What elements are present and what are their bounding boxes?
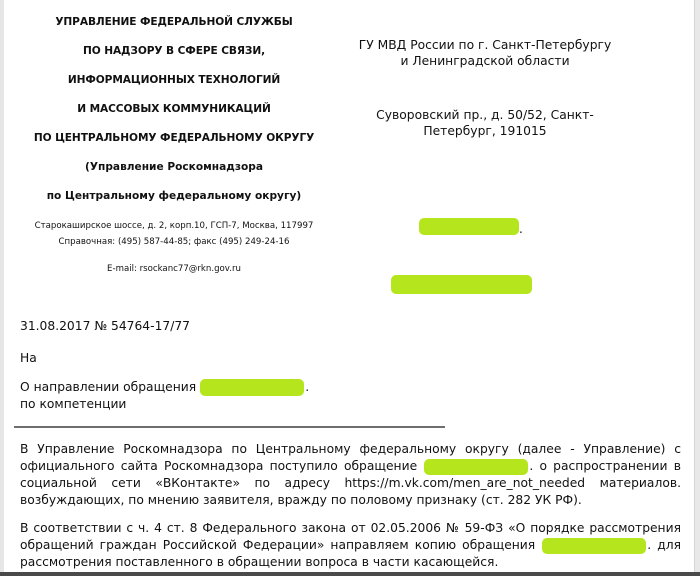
body-paragraph: В Управление Роскомнадзора по Центрально… xyxy=(20,441,681,509)
recipient-address-line: Петербург, 191015 xyxy=(330,123,640,139)
subject-line-2: по компетенции xyxy=(20,396,309,412)
redaction-mark xyxy=(542,538,646,554)
separator-line xyxy=(14,426,445,428)
sender-org-line: ИНФОРМАЦИОННЫХ ТЕХНОЛОГИЙ xyxy=(14,66,334,95)
redaction-mark xyxy=(424,459,528,475)
sender-org-line: УПРАВЛЕНИЕ ФЕДЕРАЛЬНОЙ СЛУЖБЫ xyxy=(14,8,334,37)
subject-suffix: . xyxy=(305,380,309,394)
page-right-edge xyxy=(694,0,700,576)
sender-phones: Справочная: (495) 587-44-85; факс (495) … xyxy=(14,234,334,250)
letter-meta: 31.08.2017 № 54764-17/77 На О направлени… xyxy=(20,318,309,412)
reference-label: На xyxy=(20,350,309,366)
subject-line: О направлении обращения. xyxy=(20,379,309,396)
letter-body: В Управление Роскомнадзора по Центрально… xyxy=(20,441,681,571)
sender-email: E-mail: rsockanc77@rkn.gov.ru xyxy=(14,262,334,276)
sender-org-line: ПО ЦЕНТРАЛЬНОМУ ФЕДЕРАЛЬНОМУ ОКРУГУ xyxy=(14,124,334,153)
page-left-edge xyxy=(0,0,4,576)
recipient-address: Суворовский пр., д. 50/52, Санкт- Петерб… xyxy=(330,107,640,139)
subject-prefix: О направлении обращения xyxy=(20,380,196,394)
recipient-name-line: ГУ МВД России по г. Санкт-Петербургу xyxy=(330,37,640,53)
recipient-redacted-suffix: . xyxy=(519,222,523,236)
sender-short-name-line: по Центральному федеральному округу) xyxy=(14,182,334,211)
sender-contacts: Старокаширское шоссе, д. 2, корп.10, ГСП… xyxy=(14,218,334,250)
letter-page: УПРАВЛЕНИЕ ФЕДЕРАЛЬНОЙ СЛУЖБЫ ПО НАДЗОРУ… xyxy=(0,0,700,576)
date-number: 31.08.2017 № 54764-17/77 xyxy=(20,318,309,334)
body-paragraph: В соответствии с ч. 4 ст. 8 Федерального… xyxy=(20,520,681,571)
recipient-block: ГУ МВД России по г. Санкт-Петербургу и Л… xyxy=(330,37,640,139)
sender-org-line: ПО НАДЗОРУ В СФЕРЕ СВЯЗИ, xyxy=(14,37,334,66)
page-bottom-edge xyxy=(0,572,700,576)
sender-short-name-line: (Управление Роскомнадзора xyxy=(14,153,334,182)
redaction-mark xyxy=(419,218,519,235)
sender-address: Старокаширское шоссе, д. 2, корп.10, ГСП… xyxy=(14,218,334,234)
sender-letterhead: УПРАВЛЕНИЕ ФЕДЕРАЛЬНОЙ СЛУЖБЫ ПО НАДЗОРУ… xyxy=(14,8,334,276)
recipient-name-line: и Ленинградской области xyxy=(330,53,640,69)
redaction-mark xyxy=(200,379,304,396)
recipient-address-line: Суворовский пр., д. 50/52, Санкт- xyxy=(330,107,640,123)
sender-org-line: И МАССОВЫХ КОММУНИКАЦИЙ xyxy=(14,95,334,124)
redaction-mark xyxy=(391,275,532,294)
